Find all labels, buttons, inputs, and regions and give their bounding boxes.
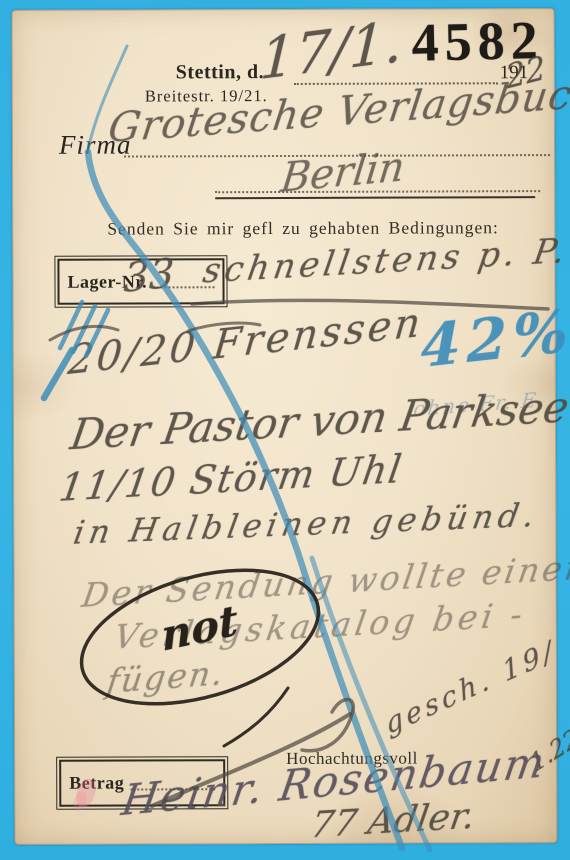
request-sentence: Senden Sie mir gefl zu gehabten Bedingun…	[107, 217, 499, 239]
betrag-label: Betrag	[69, 773, 124, 794]
handwritten-lager-nr: 33	[123, 250, 175, 302]
handwritten-signature-line2: 77 Adler.	[308, 796, 478, 847]
handwritten-processed-note: gesch. 19/	[382, 633, 559, 742]
handwritten-book-title: Der Pastor von Parksee	[67, 382, 570, 459]
postcard: 4582 Stettin, d. 191 Breitestr. 19/21. F…	[12, 8, 558, 845]
address-underline	[215, 196, 535, 199]
handwritten-discount: 42%	[421, 296, 570, 381]
handwritten-quantity-line: 20/20 Frenssen	[66, 299, 425, 384]
place-dateline: Stettin, d.	[176, 61, 264, 84]
handwritten-urgency-note: schnellstens p. P.	[200, 231, 570, 292]
scan-background: 4582 Stettin, d. 191 Breitestr. 19/21. F…	[0, 0, 570, 860]
